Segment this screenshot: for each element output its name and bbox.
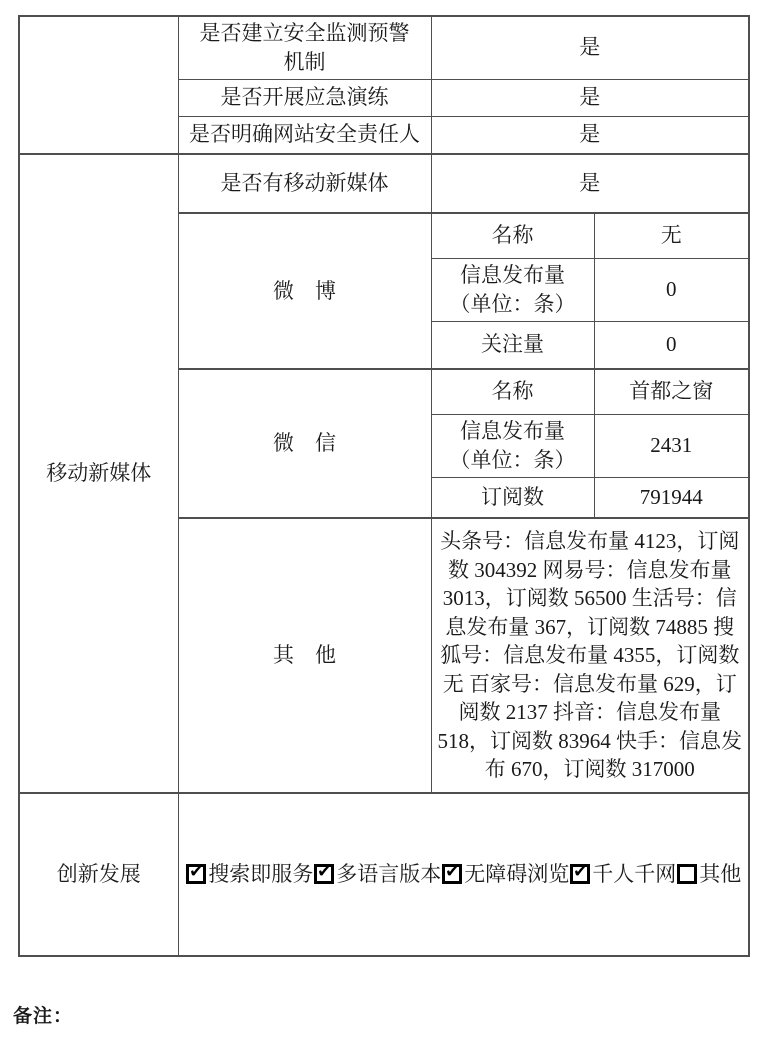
check-mark-icon: ✔ xyxy=(445,864,459,881)
weibo-followers-label-cell: 关注量 xyxy=(431,321,594,369)
checkbox-icon[interactable]: ✔ xyxy=(442,864,462,884)
weibo-posts-label-cell: 信息发布量 （单位：条） xyxy=(431,258,594,321)
option-label: 多语言版本 xyxy=(336,860,441,889)
checkbox-icon[interactable]: ✔ xyxy=(677,864,697,884)
weibo-followers-value-cell: 0 xyxy=(594,321,749,369)
option-multilingual[interactable]: ✔ 多语言版本 xyxy=(313,860,441,889)
wechat-label-cell: 微 信 xyxy=(178,369,431,518)
security-question-cell: 是否建立安全监测预警 机制 xyxy=(178,16,431,79)
option-label: 无障碍浏览 xyxy=(464,860,569,889)
wechat-subscribers-label-cell: 订阅数 xyxy=(431,477,594,518)
wechat-subscribers-value-cell: 791944 xyxy=(594,477,749,518)
wechat-name-label-cell: 名称 xyxy=(431,369,594,414)
option-label: 其他 xyxy=(699,860,741,889)
option-other[interactable]: ✔ 其他 xyxy=(676,860,741,889)
security-question-cell: 是否明确网站安全责任人 xyxy=(178,116,431,154)
other-platforms-label-cell: 其 他 xyxy=(178,518,431,793)
option-search-as-service[interactable]: ✔ 搜索即服务 xyxy=(185,860,313,889)
remarks-label: 备注： xyxy=(13,1001,759,1028)
wechat-name-value-cell: 首都之窗 xyxy=(594,369,749,414)
security-answer-cell: 是 xyxy=(431,116,749,154)
security-answer-cell: 是 xyxy=(431,79,749,116)
has-mobile-media-question-cell: 是否有移动新媒体 xyxy=(178,154,431,213)
group-cell-mobile-media: 移动新媒体 xyxy=(19,154,178,793)
innovation-checkbox-row: ✔ 搜索即服务 ✔ 多语言版本 ✔ 无障碍浏览 ✔ 千人千网 xyxy=(179,860,749,889)
option-personalized[interactable]: ✔ 千人千网 xyxy=(569,860,676,889)
weibo-name-value-cell: 无 xyxy=(594,213,749,258)
wechat-posts-label-cell: 信息发布量 （单位：条） xyxy=(431,414,594,477)
innovation-options-cell: ✔ 搜索即服务 ✔ 多语言版本 ✔ 无障碍浏览 ✔ 千人千网 xyxy=(178,793,749,956)
has-mobile-media-answer-cell: 是 xyxy=(431,154,749,213)
security-question-cell: 是否开展应急演练 xyxy=(178,79,431,116)
option-label: 搜索即服务 xyxy=(208,860,313,889)
group-cell-empty xyxy=(19,16,178,154)
check-mark-icon: ✔ xyxy=(317,864,331,881)
checkbox-icon[interactable]: ✔ xyxy=(186,864,206,884)
weibo-label-cell: 微 博 xyxy=(178,213,431,369)
checkbox-icon[interactable]: ✔ xyxy=(570,864,590,884)
option-label: 千人千网 xyxy=(592,860,676,889)
annual-report-table: 是否建立安全监测预警 机制 是 是否开展应急演练 是 是否明确网站安全责任人 是… xyxy=(18,15,750,957)
option-accessibility[interactable]: ✔ 无障碍浏览 xyxy=(441,860,569,889)
check-mark-icon: ✔ xyxy=(573,864,587,881)
check-mark-icon: ✔ xyxy=(189,864,203,881)
weibo-posts-value-cell: 0 xyxy=(594,258,749,321)
other-platforms-value-cell: 头条号：信息发布量 4123，订阅 数 304392 网易号：信息发布量 301… xyxy=(431,518,749,793)
wechat-posts-value-cell: 2431 xyxy=(594,414,749,477)
weibo-name-label-cell: 名称 xyxy=(431,213,594,258)
checkbox-icon[interactable]: ✔ xyxy=(314,864,334,884)
group-cell-innovation: 创新发展 xyxy=(19,793,178,956)
security-answer-cell: 是 xyxy=(431,16,749,79)
